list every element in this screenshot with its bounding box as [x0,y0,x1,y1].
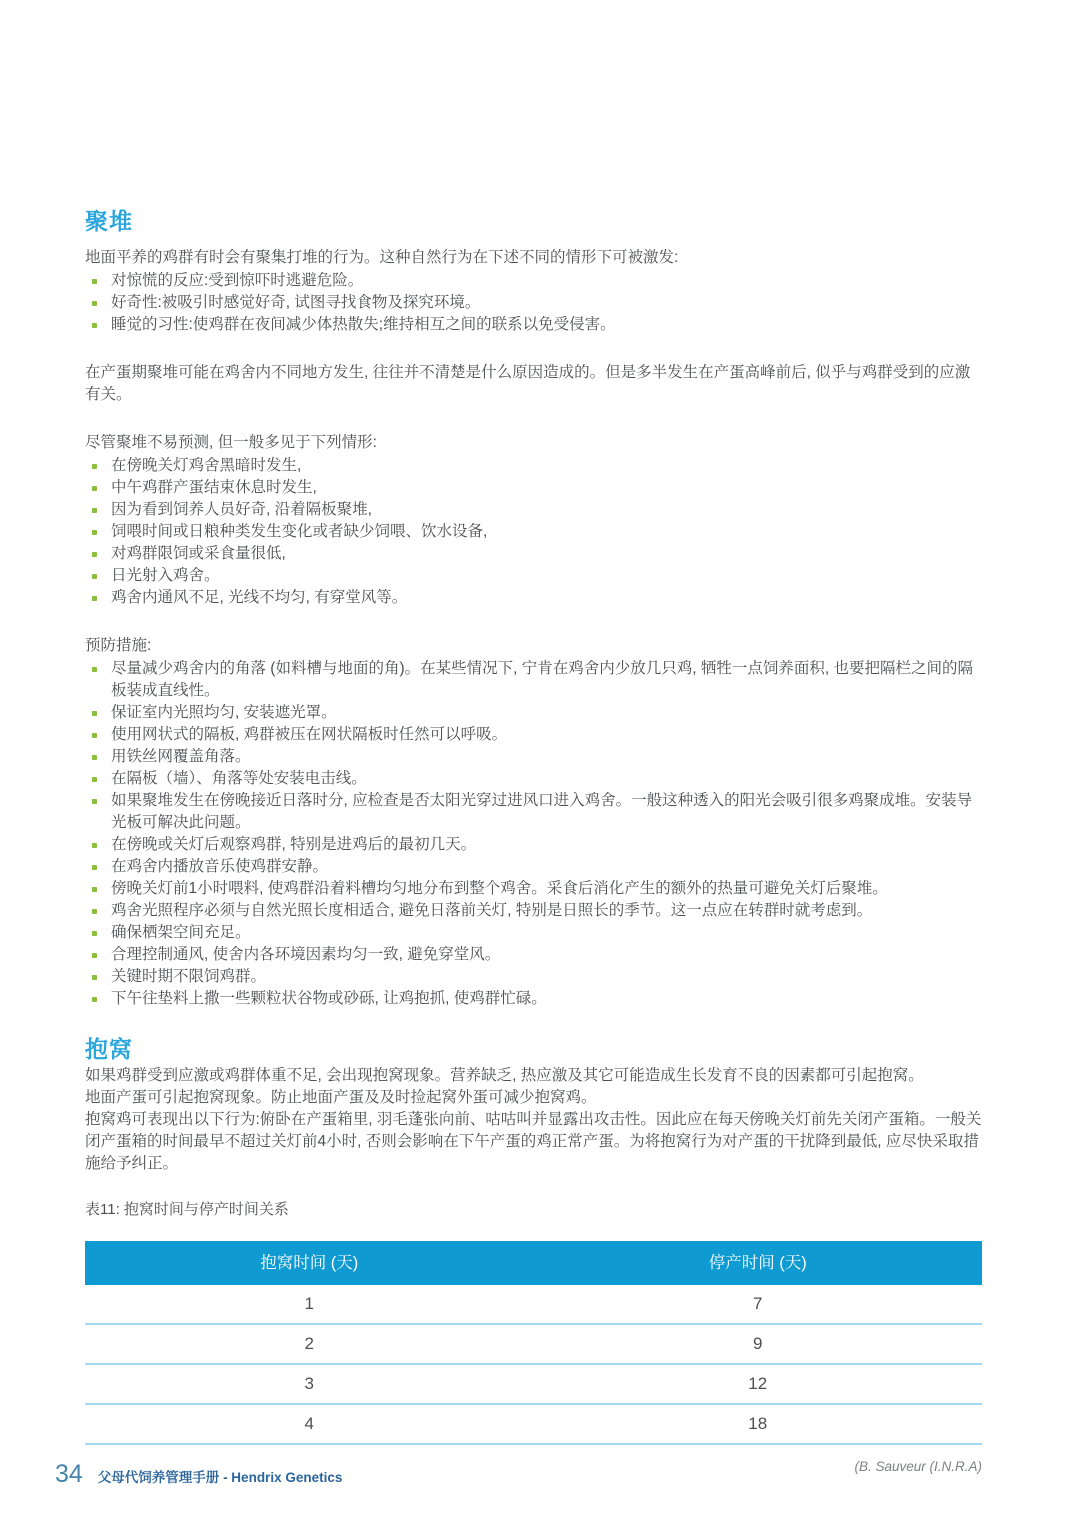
bullet-icon [92,953,97,958]
list-item-text: 日光射入鸡舍。 [111,567,220,584]
list-item-text: 鸡舍内通风不足, 光线不均匀, 有穿堂风等。 [111,589,407,606]
brooding-title: 抱窝 [85,1036,982,1062]
table-cell: 18 [534,1404,983,1444]
list-item-text: 在鸡舍内播放音乐使鸡群安静。 [111,858,328,875]
bullet-icon [92,574,97,579]
bullet-icon [92,667,97,672]
table-cell: 12 [534,1364,983,1404]
table-cell: 4 [85,1404,534,1444]
table-row: 1 7 [85,1285,982,1324]
bullet-icon [92,997,97,1002]
bullet-icon [92,755,97,760]
list-item-text: 在傍晚关灯鸡舍黑暗时发生, [111,457,301,474]
list-item: 在傍晚或关灯后观察鸡群, 特别是进鸡后的最初几天。 [85,834,982,856]
prevention-label: 预防措施: [85,635,982,657]
bullet-icon [92,931,97,936]
bullet-icon [92,464,97,469]
table-cell: 9 [534,1324,983,1364]
column-header-brooding-days: 抱窝时间 (天) [85,1241,534,1285]
bullet-icon [92,887,97,892]
list-item: 鸡舍光照程序必须与自然光照长度相适合, 避免日落前关灯, 特别是日照长的季节。这… [85,900,982,922]
table-row: 2 9 [85,1324,982,1364]
brooding-paragraph: 地面产蛋可引起抱窝现象。防止地面产蛋及及时捡起窝外蛋可减少抱窝鸡。 [85,1087,982,1109]
list-item-text: 因为看到饲养人员好奇, 沿着隔板聚堆, [111,501,372,518]
bullet-icon [92,596,97,601]
bullet-icon [92,799,97,804]
list-item: 在隔板（墙）、角落等处安装电击线。 [85,768,982,790]
list-item: 鸡舍内通风不足, 光线不均匀, 有穿堂风等。 [85,587,982,609]
list-item: 关键时期不限饲鸡群。 [85,966,982,988]
list-item-text: 在隔板（墙）、角落等处安装电击线。 [111,770,367,787]
bullet-icon [92,865,97,870]
brooding-duration-table: 抱窝时间 (天) 停产时间 (天) 1 7 2 9 3 12 4 [85,1241,982,1445]
table-cell: 1 [85,1285,534,1324]
brooding-paragraph: 抱窝鸡可表现出以下行为:俯卧在产蛋箱里, 羽毛蓬张向前、咕咕叫并显露出攻击性。因… [85,1109,982,1175]
list-item: 尽量减少鸡舍内的角落 (如料槽与地面的角)。在某些情况下, 宁肯在鸡舍内少放几只… [85,658,982,702]
table-cell: 7 [534,1285,983,1324]
document-page: 聚堆 地面平养的鸡群有时会有聚集打堆的行为。这种自然行为在下述不同的情形下可被激… [0,0,1080,1527]
list-item: 中午鸡群产蛋结束休息时发生, [85,477,982,499]
clustering-situations-lead: 尽管聚堆不易预测, 但一般多见于下列情形: [85,432,982,454]
table-row: 3 12 [85,1364,982,1404]
list-item: 对惊慌的反应:受到惊吓时逃避危险。 [85,270,982,292]
list-item: 如果聚堆发生在傍晚接近日落时分, 应检查是否太阳光穿过进风口进入鸡舍。一般这种透… [85,790,982,834]
list-item-text: 鸡舍光照程序必须与自然光照长度相适合, 避免日落前关灯, 特别是日照长的季节。这… [111,902,872,919]
bullet-icon [92,279,97,284]
list-item: 在傍晚关灯鸡舍黑暗时发生, [85,455,982,477]
list-item-text: 傍晚关灯前1小时喂料, 使鸡群沿着料槽均匀地分布到整个鸡舍。采食后消化产生的额外… [111,880,888,897]
list-item-text: 合理控制通风, 使舍内各环境因素均匀一致, 避免穿堂风。 [111,946,500,963]
page-footer: 34 父母代饲养管理手册 - Hendrix Genetics [55,1460,342,1489]
list-item: 对鸡群限饲或采食量很低, [85,543,982,565]
bullet-icon [92,486,97,491]
list-item-text: 饲喂时间或日粮种类发生变化或者缺少饲喂、饮水设备, [111,523,487,540]
clustering-peak-paragraph: 在产蛋期聚堆可能在鸡舍内不同地方发生, 往往并不清楚是什么原因造成的。但是多半发… [85,362,982,406]
list-item-text: 下午往垫料上撒一些颗粒状谷物或砂砾, 让鸡抱抓, 使鸡群忙碌。 [111,990,547,1007]
list-item: 傍晚关灯前1小时喂料, 使鸡群沿着料槽均匀地分布到整个鸡舍。采食后消化产生的额外… [85,878,982,900]
bullet-icon [92,508,97,513]
list-item: 饲喂时间或日粮种类发生变化或者缺少饲喂、饮水设备, [85,521,982,543]
clustering-causes-list: 对惊慌的反应:受到惊吓时逃避危险。 好奇性:被吸引时感觉好奇, 试图寻找食物及探… [85,270,982,336]
list-item-text: 对惊慌的反应:受到惊吓时逃避危险。 [111,272,363,289]
list-item-text: 保证室内光照均匀, 安装遮光罩。 [111,704,337,721]
list-item: 日光射入鸡舍。 [85,565,982,587]
footer-text: 父母代饲养管理手册 - Hendrix Genetics [98,1466,343,1486]
bullet-icon [92,777,97,782]
list-item-text: 如果聚堆发生在傍晚接近日落时分, 应检查是否太阳光穿过进风口进入鸡舍。一般这种透… [111,792,972,831]
list-item: 睡觉的习性:使鸡群在夜间减少体热散失;维持相互之间的联系以免受侵害。 [85,314,982,336]
list-item: 确保栖架空间充足。 [85,922,982,944]
list-item-text: 尽量减少鸡舍内的角落 (如料槽与地面的角)。在某些情况下, 宁肯在鸡舍内少放几只… [111,660,973,699]
list-item: 使用网状式的隔板, 鸡群被压在网状隔板时任然可以呼吸。 [85,724,982,746]
bullet-icon [92,530,97,535]
list-item-text: 确保栖架空间充足。 [111,924,251,941]
bullet-icon [92,733,97,738]
table-cell: 2 [85,1324,534,1364]
list-item: 保证室内光照均匀, 安装遮光罩。 [85,702,982,724]
list-item-text: 中午鸡群产蛋结束休息时发生, [111,479,317,496]
table-row: 4 18 [85,1404,982,1444]
bullet-icon [92,909,97,914]
section-brooding: 抱窝 如果鸡群受到应激或鸡群体重不足, 会出现抱窝现象。营养缺乏, 热应激及其它… [85,1036,982,1175]
clustering-situations-list: 在傍晚关灯鸡舍黑暗时发生, 中午鸡群产蛋结束休息时发生, 因为看到饲养人员好奇,… [85,455,982,609]
bullet-icon [92,975,97,980]
list-item-text: 使用网状式的隔板, 鸡群被压在网状隔板时任然可以呼吸。 [111,726,507,743]
table-cell: 3 [85,1364,534,1404]
list-item-text: 用铁丝网覆盖角落。 [111,748,251,765]
clustering-title: 聚堆 [85,208,982,234]
bullet-icon [92,552,97,557]
list-item: 在鸡舍内播放音乐使鸡群安静。 [85,856,982,878]
list-item: 好奇性:被吸引时感觉好奇, 试图寻找食物及探究环境。 [85,292,982,314]
table-header-row: 抱窝时间 (天) 停产时间 (天) [85,1241,982,1285]
page-content: 聚堆 地面平养的鸡群有时会有聚集打堆的行为。这种自然行为在下述不同的情形下可被激… [85,208,982,1478]
bullet-icon [92,301,97,306]
list-item: 下午往垫料上撒一些颗粒状谷物或砂砾, 让鸡抱抓, 使鸡群忙碌。 [85,988,982,1010]
bullet-icon [92,711,97,716]
prevention-list: 尽量减少鸡舍内的角落 (如料槽与地面的角)。在某些情况下, 宁肯在鸡舍内少放几只… [85,658,982,1010]
brooding-paragraph: 如果鸡群受到应激或鸡群体重不足, 会出现抱窝现象。营养缺乏, 热应激及其它可能造… [85,1065,982,1087]
list-item-text: 好奇性:被吸引时感觉好奇, 试图寻找食物及探究环境。 [111,294,480,311]
column-header-pause-days: 停产时间 (天) [534,1241,983,1285]
bullet-icon [92,323,97,328]
list-item-text: 对鸡群限饲或采食量很低, [111,545,286,562]
bullet-icon [92,843,97,848]
list-item-text: 在傍晚或关灯后观察鸡群, 特别是进鸡后的最初几天。 [111,836,476,853]
list-item-text: 睡觉的习性:使鸡群在夜间减少体热散失;维持相互之间的联系以免受侵害。 [111,316,616,333]
list-item: 用铁丝网覆盖角落。 [85,746,982,768]
list-item-text: 关键时期不限饲鸡群。 [111,968,266,985]
list-item: 因为看到饲养人员好奇, 沿着隔板聚堆, [85,499,982,521]
page-number: 34 [55,1460,83,1489]
section-clustering: 聚堆 地面平养的鸡群有时会有聚集打堆的行为。这种自然行为在下述不同的情形下可被激… [85,208,982,1010]
table-caption: 表11: 抱窝时间与停产时间关系 [85,1199,982,1221]
list-item: 合理控制通风, 使舍内各环境因素均匀一致, 避免穿堂风。 [85,944,982,966]
clustering-intro: 地面平养的鸡群有时会有聚集打堆的行为。这种自然行为在下述不同的情形下可被激发: [85,247,982,269]
